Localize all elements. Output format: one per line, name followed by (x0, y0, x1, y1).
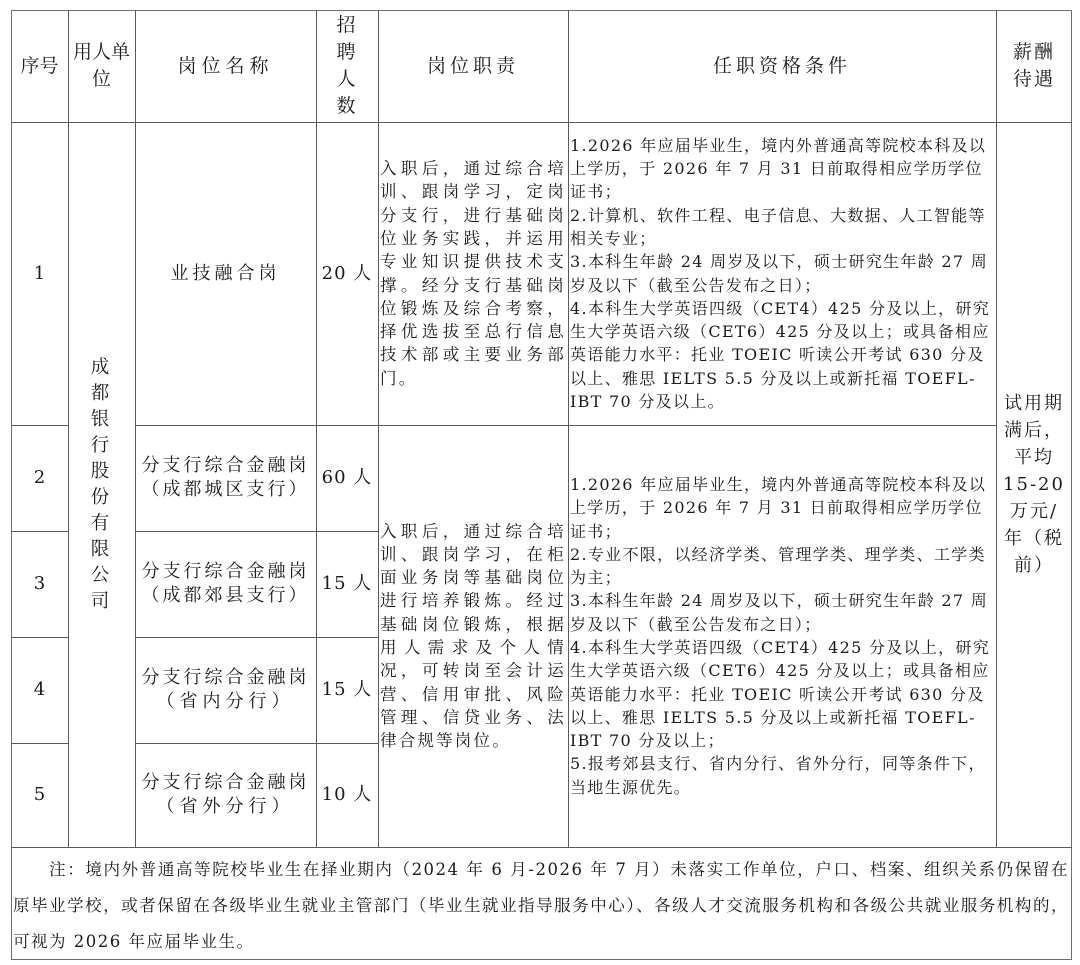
row-5-seq: 5 (11, 743, 68, 847)
requirement-item: 4.本科生大学英语四级（CET4）425 分及以上，研究生大学英语六级（CET6… (570, 636, 994, 752)
requirements-branch: 1.2026 年应届毕业生，境内外普通高等院校本科及以上学历，于 2026 年 … (568, 425, 996, 847)
duties-tech: 入职后，通过综合培训、跟岗学习，定岗分支行，进行基础岗位业务实践，并运用专业知识… (378, 122, 568, 425)
row-4-seq: 4 (11, 637, 68, 743)
duties-branch: 入职后，通过综合培训、跟岗学习，在柜面业务岗等基础岗位进行培养锻炼。经过基础岗位… (378, 425, 568, 847)
footnote-text: 注：境内外普通高等院校毕业生在择业期内（2024 年 6 月-2026 年 7 … (13, 860, 1069, 951)
position-title: 分支行综合金融岗 (142, 560, 310, 584)
row-1-position: 业技融合岗 (135, 122, 316, 425)
header-seq: 序号 (11, 10, 68, 122)
position-branch: （省内分行） (157, 690, 295, 714)
requirement-item: 3.本科生年龄 24 周岁及以下，硕士研究生年龄 27 周岁及以下（截至公告发布… (570, 589, 994, 636)
position-title: 分支行综合金融岗 (142, 454, 310, 478)
requirement-item: 4.本科生大学英语四级（CET4）425 分及以上，研究生大学英语六级（CET6… (570, 297, 994, 413)
header-salary: 薪酬待遇 (996, 10, 1072, 122)
duties-branch-text: 入职后，通过综合培训、跟岗学习，在柜面业务岗等基础岗位进行培养锻炼。经过基础岗位… (378, 520, 568, 753)
position-branch: （成都城区支行） (142, 478, 310, 502)
requirement-item: 1.2026 年应届毕业生，境内外普通高等院校本科及以上学历，于 2026 年 … (570, 473, 994, 543)
row-5-position: 分支行综合金融岗 （省外分行） (135, 743, 316, 847)
requirement-item: 3.本科生年龄 24 周岁及以下，硕士研究生年龄 27 周岁及以下（截至公告发布… (570, 250, 994, 297)
position-title: 分支行综合金融岗 (142, 666, 310, 690)
requirement-item: 5.报考郊县支行、省内分行、省外分行，同等条件下，当地生源优先。 (570, 752, 994, 799)
header-employer: 用人单位 (68, 10, 135, 122)
row-2-position: 分支行综合金融岗 （成都城区支行） (135, 425, 316, 531)
position-branch: （省外分行） (157, 795, 295, 819)
row-1-headcount: 20 人 (316, 122, 378, 425)
position-branch: （成都郊县支行） (142, 584, 310, 608)
row-3-position: 分支行综合金融岗 （成都郊县支行） (135, 531, 316, 637)
salary-info: 试用期满后，平均15-20万元/年（税前） (996, 122, 1072, 847)
row-2-headcount: 60 人 (316, 425, 378, 531)
requirements-tech: 1.2026 年应届毕业生，境内外普通高等院校本科及以上学历，于 2026 年 … (568, 122, 996, 425)
requirement-item: 1.2026 年应届毕业生，境内外普通高等院校本科及以上学历，于 2026 年 … (570, 134, 994, 204)
requirement-item: 2.专业不限，以经济学类、管理学类、理学类、工学类为主； (570, 543, 994, 590)
duties-tech-text: 入职后，通过综合培训、跟岗学习，定岗分支行，进行基础岗位业务实践，并运用专业知识… (378, 157, 568, 390)
requirement-item: 2.计算机、软件工程、电子信息、大数据、人工智能等相关专业； (570, 204, 994, 251)
row-2-seq: 2 (11, 425, 68, 531)
row-5-headcount: 10 人 (316, 743, 378, 847)
header-position: 岗位名称 (135, 10, 316, 122)
row-4-headcount: 15 人 (316, 637, 378, 743)
employer-name: 成都银行股份有限公司 (68, 122, 135, 847)
header-duties: 岗位职责 (378, 10, 568, 122)
grid-line (11, 847, 1072, 848)
header-requirements: 任职资格条件 (568, 10, 996, 122)
row-3-headcount: 15 人 (316, 531, 378, 637)
position-title: 业技融合岗 (171, 262, 281, 286)
row-3-seq: 3 (11, 531, 68, 637)
footnote: 注：境内外普通高等院校毕业生在择业期内（2024 年 6 月-2026 年 7 … (13, 852, 1069, 960)
position-title: 分支行综合金融岗 (142, 771, 310, 795)
row-4-position: 分支行综合金融岗 （省内分行） (135, 637, 316, 743)
header-headcount: 招聘人数 (316, 10, 378, 122)
row-1-seq: 1 (11, 122, 68, 425)
